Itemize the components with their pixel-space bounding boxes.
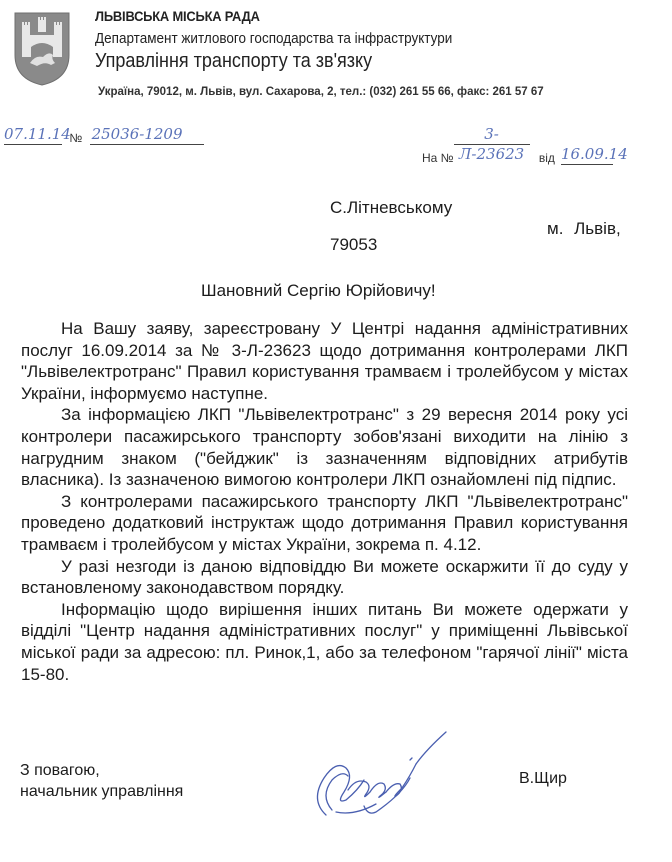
greeting: Шановний Сергію Юрійовичу! <box>201 281 436 301</box>
department-name: Департамент житлового господарства та ін… <box>95 30 452 47</box>
recipient-postcode: 79053 <box>330 235 377 255</box>
letter-body: На Вашу заяву, зареєстровану У Центрі на… <box>21 318 628 685</box>
number-label: № <box>65 131 86 145</box>
lviv-coat-of-arms-icon <box>13 11 71 87</box>
from-label: від <box>533 151 561 165</box>
office-address: Україна, 79012, м. Львів, вул. Сахарова,… <box>98 86 544 98</box>
body-paragraph: У разі незгоди із даною відповіддю Ви мо… <box>21 556 628 599</box>
outgoing-registration: 07.11.14 № 25036-1209 <box>4 124 204 146</box>
body-paragraph: За інформацією ЛКП "Львівелектротранс" з… <box>21 404 628 490</box>
body-paragraph: Інформацію щодо вирішення інших питань В… <box>21 599 628 685</box>
reply-to-label: На № <box>422 151 454 165</box>
reply-to-number: 3-Л-23623 <box>454 124 530 145</box>
signer-title: начальник управління <box>20 781 183 802</box>
handwritten-signature-icon <box>306 720 466 830</box>
recipient-name: С.Літневському <box>330 198 452 218</box>
office-name: Управління транспорту та зв'язку <box>95 50 372 73</box>
body-paragraph: На Вашу заяву, зареєстровану У Центрі на… <box>21 318 628 404</box>
reply-to-date: 16.09.14 <box>561 144 613 165</box>
outgoing-number: 25036-1209 <box>90 124 204 145</box>
recipient-city: м. Львів, <box>547 219 621 239</box>
reply-to-registration: На №3-Л-23623 від16.09.14 <box>422 124 613 146</box>
closing-salutation: З повагою, <box>20 760 183 781</box>
closing: З повагою, начальник управління <box>20 760 183 802</box>
signer-name: В.Щир <box>519 770 567 788</box>
body-paragraph: З контролерами пасажирського транспорту … <box>21 491 628 556</box>
council-name: ЛЬВІВСЬКА МІСЬКА РАДА <box>95 8 260 24</box>
outgoing-date: 07.11.14 <box>4 124 62 145</box>
